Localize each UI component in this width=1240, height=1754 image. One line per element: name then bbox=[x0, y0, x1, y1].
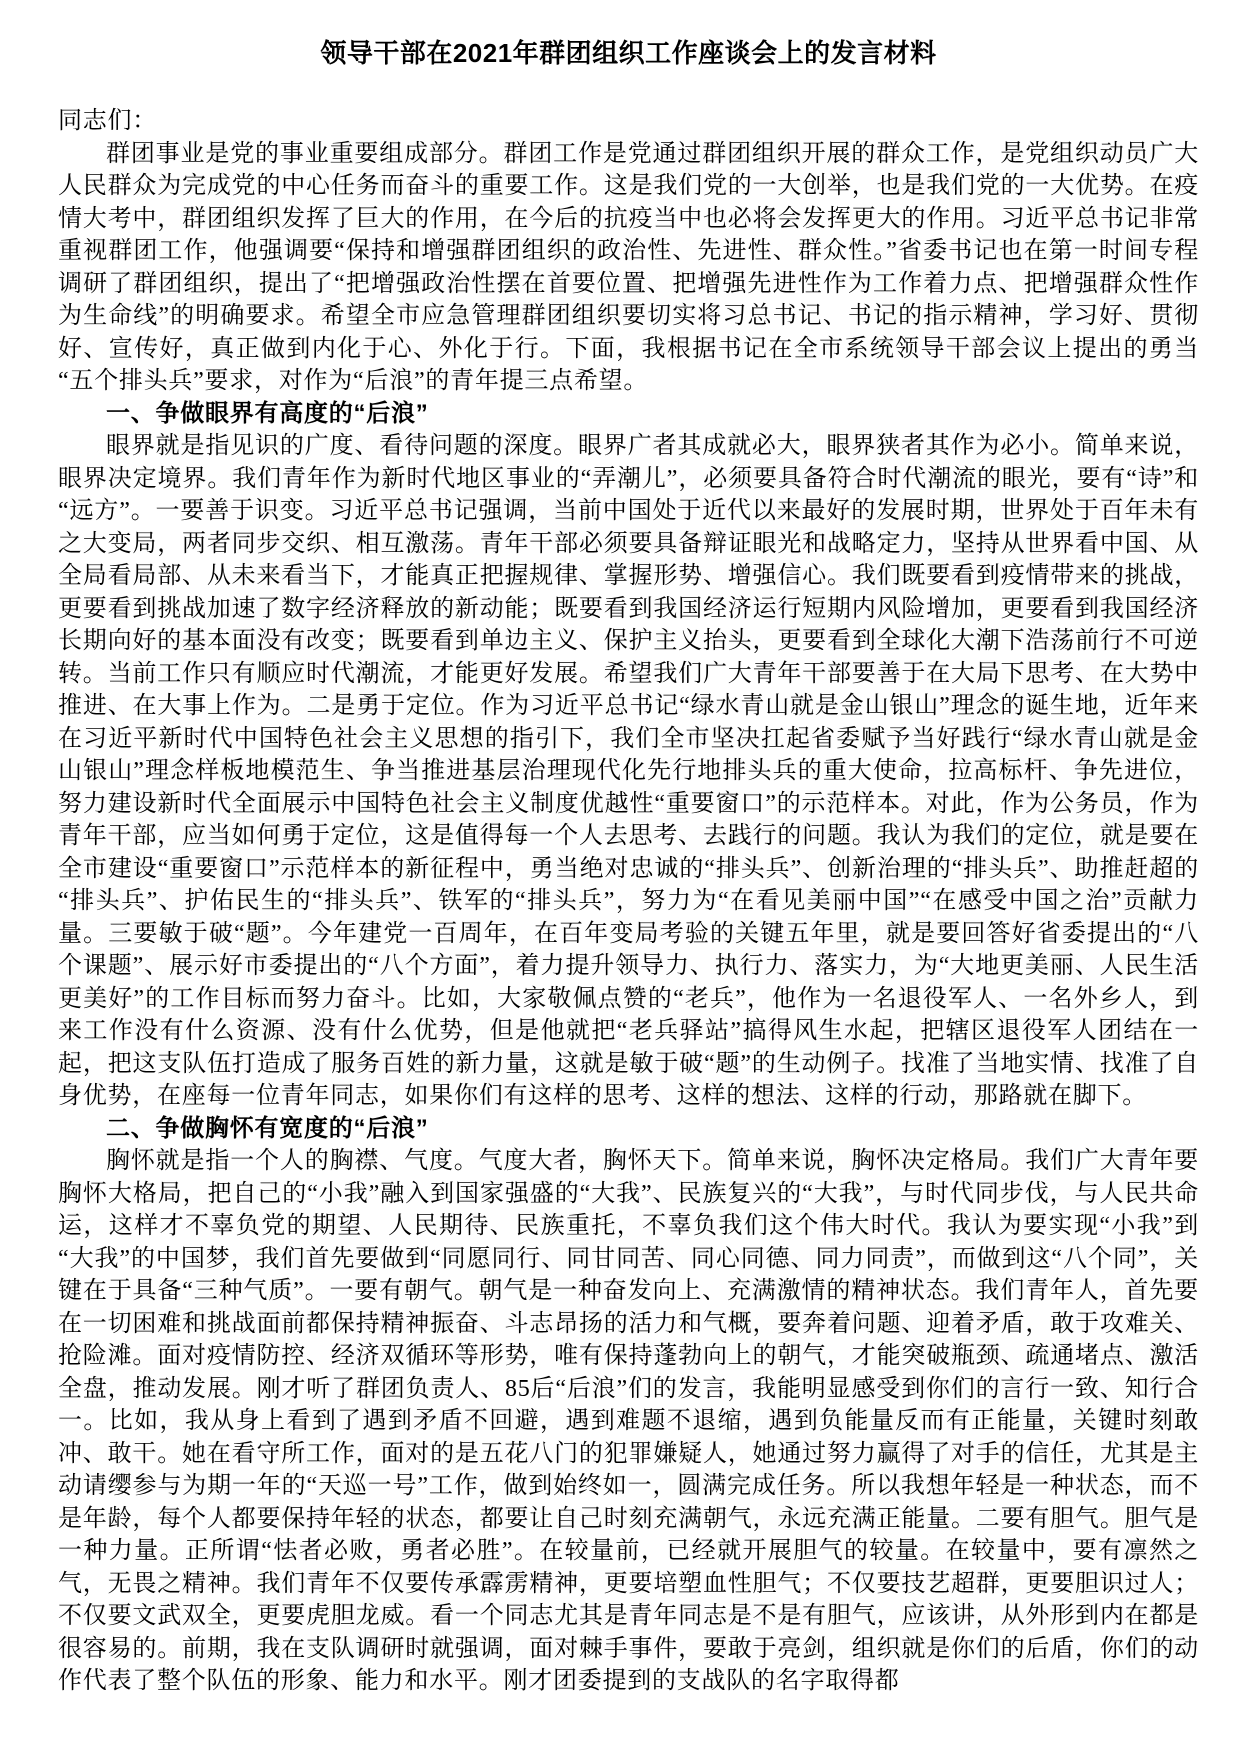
paragraph-section-2: 胸怀就是指一个人的胸襟、气度。气度大者，胸怀天下。简单来说，胸怀决定格局。我们广… bbox=[58, 1145, 1199, 1698]
document-page: 领导干部在2021年群团组织工作座谈会上的发言材料 同志们： 群团事业是党的事业… bbox=[0, 0, 1240, 1754]
paragraph-intro: 群团事业是党的事业重要组成部分。群团工作是党通过群团组织开展的群众工作，是党组织… bbox=[58, 138, 1199, 398]
section-heading-1: 一、争做眼界有高度的“后浪” bbox=[58, 398, 1199, 431]
document-title: 领导干部在2021年群团组织工作座谈会上的发言材料 bbox=[58, 36, 1199, 70]
paragraph-section-1: 眼界就是指见识的广度、看待问题的深度。眼界广者其成就必大，眼界狭者其作为必小。简… bbox=[58, 430, 1199, 1113]
section-heading-2: 二、争做胸怀有宽度的“后浪” bbox=[58, 1113, 1199, 1146]
salutation: 同志们： bbox=[58, 105, 1199, 138]
